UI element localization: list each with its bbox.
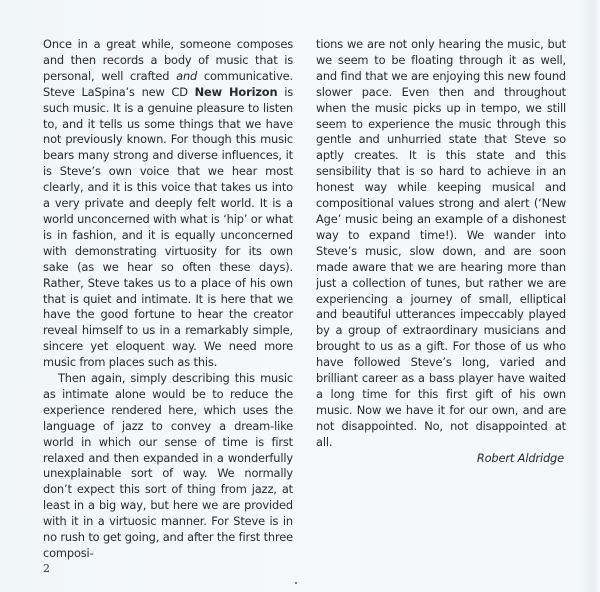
album-title-bold: New Horizon xyxy=(195,85,278,99)
author-signature: Robert Aldridge xyxy=(316,451,566,467)
paragraph-second: Then again, simply describing this music… xyxy=(43,371,293,562)
print-speck xyxy=(295,582,297,584)
text-segment: is such music. It is a genuine pleasure … xyxy=(43,85,293,369)
right-text-column: tions we are not only hearing the music,… xyxy=(316,37,566,466)
left-text-column: Once in a great while, someone composes … xyxy=(43,37,293,562)
italic-emphasis: and xyxy=(176,69,197,83)
paragraph-intro: Once in a great while, someone composes … xyxy=(43,37,293,371)
page-number: 2 xyxy=(43,562,50,575)
paragraph-continued: tions we are not only hearing the music,… xyxy=(316,37,566,451)
booklet-page: Once in a great while, someone composes … xyxy=(0,0,600,592)
